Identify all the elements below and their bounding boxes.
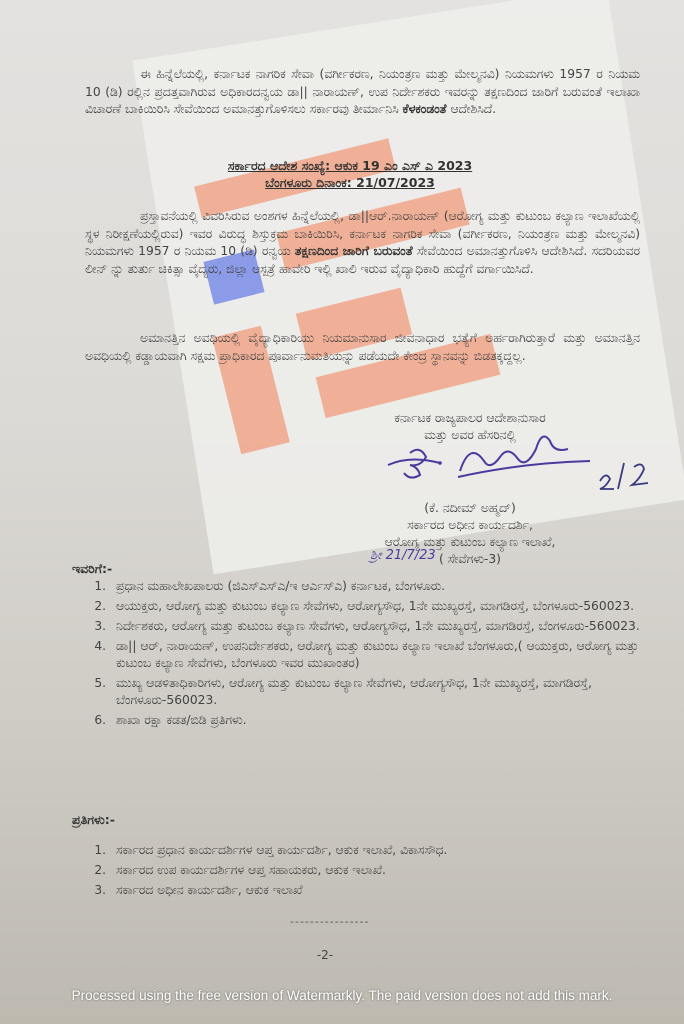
list-item: ಆಯುಕ್ತರು, ಆರೋಗ್ಯ ಮತ್ತು ಕುಟುಂಬ ಕಲ್ಯಾಣ ಸೇವ… [110,598,650,615]
list-item: ಶಾಖಾ ರಕ್ಷಾ ಕಡತ/ಬಿಡಿ ಪ್ರತಿಗಳು. [110,712,650,729]
order-paragraph-1: ಪ್ರಸ್ತಾವನೆಯಲ್ಲಿ ವಿವರಿಸಿರುವ ಅಂಶಗಳ ಹಿನ್ನೆಲ… [85,208,640,278]
intro-end-text: ಆದೇಶಿಸಿದೆ. [447,102,497,116]
copies-label: ಪ್ರತಿಗಳು:- [72,812,115,828]
order-para-2-text: ಅಮಾನತ್ತಿನ ಅವಧಿಯಲ್ಲಿ ವೈದ್ಯಾಧಿಕಾರಿಯು ನಿಯಮಾ… [85,331,640,363]
order-date: ಬೆಂಗಳೂರು ದಿನಾಂಕ: 21/07/2023 [150,174,550,191]
to-label: ಇವರಿಗೆ:- [72,561,112,577]
separator: ---------------- [290,915,370,928]
order-paragraph-2: ಅಮಾನತ್ತಿನ ಅವಧಿಯಲ್ಲಿ ವೈದ್ಯಾಧಿಕಾರಿಯು ನಿಯಮಾ… [85,330,640,365]
signatory-section: ( ಸೇವೆಗಳು-3) [320,551,620,568]
list-item: ಸರ್ಕಾರದ ಉಪ ಕಾರ್ಯದರ್ಶಿಗಳ ಆಪ್ತ ಸಹಾಯಕರು, ಆಕ… [110,862,650,879]
intro-bold-text: ಕೆಳಕಂಡಂತೆ [403,102,447,116]
order-para-1-bold: ತಕ್ಷಣದಿಂದ ಜಾರಿಗೆ ಬರುವಂತೆ [295,244,413,258]
order-number: ಸರ್ಕಾರದ ಆದೇಶ ಸಂಖ್ಯೆ: ಆಕುಕ 19 ಎಂ ಎಸ್ ಎ 20… [150,157,550,174]
list-item: ಸರ್ಕಾರದ ಪ್ರಧಾನ ಕಾರ್ಯದರ್ಶಿಗಳ ಆಪ್ತ ಕಾರ್ಯದರ… [110,842,650,859]
handwritten-initials: ಶ್ರೀ 21/7/23 [370,548,436,563]
signature [380,433,660,493]
signature-scribble-icon [380,433,660,493]
list-item: ಮುಖ್ಯ ಆಡಳಿತಾಧಿಕಾರಿಗಳು, ಆರೋಗ್ಯ ಮತ್ತು ಕುಟು… [110,675,650,709]
list-item: ಪ್ರಧಾನ ಮಹಾಲೇಖಪಾಲರು (ಜಿಎಸ್ಎಸ್ಎ/ಇ ಆರ್ಎಸ್ಎ)… [110,578,650,595]
signatory-name: (ಕೆ. ನದೀಮ್ ಅಹ್ಮದ್) [320,500,620,517]
signatory-title: ಸರ್ಕಾರದ ಅಧೀನ ಕಾರ್ಯದರ್ಶಿ, [320,517,620,534]
list-item: ಡಾ|| ಆರ್, ನಾರಾಯಣ್, ಉಪನಿರ್ದೇಶಕರು, ಆರೋಗ್ಯ … [110,638,650,672]
list-item: ನಿರ್ದೇಶಕರು, ಆರೋಗ್ಯ ಮತ್ತು ಕುಟುಂಬ ಕಲ್ಯಾಣ ಸ… [110,618,650,635]
to-list: ಪ್ರಧಾನ ಮಹಾಲೇಖಪಾಲರು (ಜಿಎಸ್ಎಸ್ಎ/ಇ ಆರ್ಎಸ್ಎ)… [80,578,650,732]
watermark-text: Processed using the free version of Wate… [0,988,684,1003]
intro-paragraph: ಈ ಹಿನ್ನೆಲೆಯಲ್ಲಿ, ಕರ್ನಾಟಕ ನಾಗರಿಕ ಸೇವಾ (ವರ… [85,66,640,119]
scanned-document-page: ಈ ಹಿನ್ನೆಲೆಯಲ್ಲಿ, ಕರ್ನಾಟಕ ನಾಗರಿಕ ಸೇವಾ (ವರ… [0,0,684,1024]
copies-list: ಸರ್ಕಾರದ ಪ್ರಧಾನ ಕಾರ್ಯದರ್ಶಿಗಳ ಆಪ್ತ ಕಾರ್ಯದರ… [80,842,650,902]
page-number: -2- [300,948,350,962]
signatory-department: ಆರೋಗ್ಯ ಮತ್ತು ಕುಟುಂಬ ಕಲ್ಯಾಣ ಇಲಾಖೆ, [320,534,620,551]
authority-line-1: ಕರ್ನಾಟಕ ರಾಜ್ಯಪಾಲರ ಆದೇಶಾನುಸಾರ [320,410,620,427]
list-item: ಸರ್ಕಾರದ ಅಧೀನ ಕಾರ್ಯದರ್ಶಿ, ಆಕುಕ ಇಲಾಖೆ [110,882,650,899]
intro-text: ಈ ಹಿನ್ನೆಲೆಯಲ್ಲಿ, ಕರ್ನಾಟಕ ನಾಗರಿಕ ಸೇವಾ (ವರ… [85,67,640,116]
